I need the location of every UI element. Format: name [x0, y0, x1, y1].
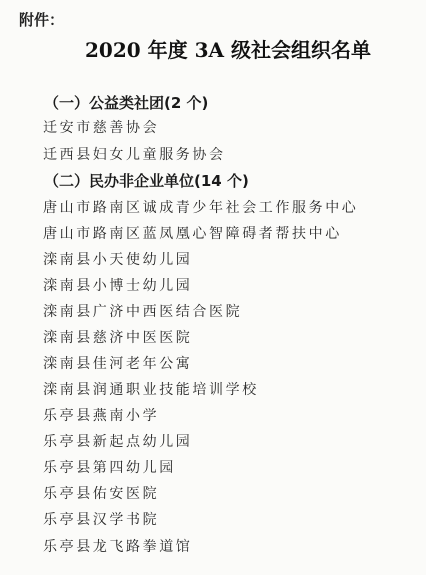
list-item: 乐亭县燕南小学 [43, 406, 159, 426]
list-item: 乐亭县佑安医院 [43, 484, 159, 504]
list-item: 乐亭县汉学书院 [43, 510, 159, 530]
list-item: 滦南县小博士幼儿园 [43, 276, 192, 296]
section-heading-public-welfare: （一）公益类社团(2 个) [44, 93, 208, 113]
document-title: 2020 年度 3A 级社会组织名单 [0, 37, 426, 63]
list-item: 滦南县广济中西医结合医院 [43, 302, 242, 322]
list-item: 迁西县妇女儿童服务协会 [43, 145, 226, 165]
list-item: 滦南县润通职业技能培训学校 [43, 380, 259, 400]
list-item: 乐亭县新起点幼儿园 [43, 432, 192, 452]
list-item: 乐亭县第四幼儿园 [43, 458, 176, 478]
list-item: 迁安市慈善协会 [43, 118, 159, 138]
list-item: 乐亭县龙飞路拳道馆 [43, 537, 192, 557]
list-item: 唐山市路南区诚成青少年社会工作服务中心 [43, 198, 358, 218]
attachment-label: 附件： [19, 9, 64, 31]
list-item: 唐山市路南区蓝凤凰心智障碍者帮扶中心 [43, 224, 342, 244]
section-heading-private-non-enterprise: （二）民办非企业单位(14 个) [44, 171, 249, 191]
list-item: 滦南县慈济中医医院 [43, 328, 192, 348]
list-item: 滦南县小天使幼儿园 [43, 250, 192, 270]
list-item: 滦南县佳河老年公寓 [43, 354, 192, 374]
